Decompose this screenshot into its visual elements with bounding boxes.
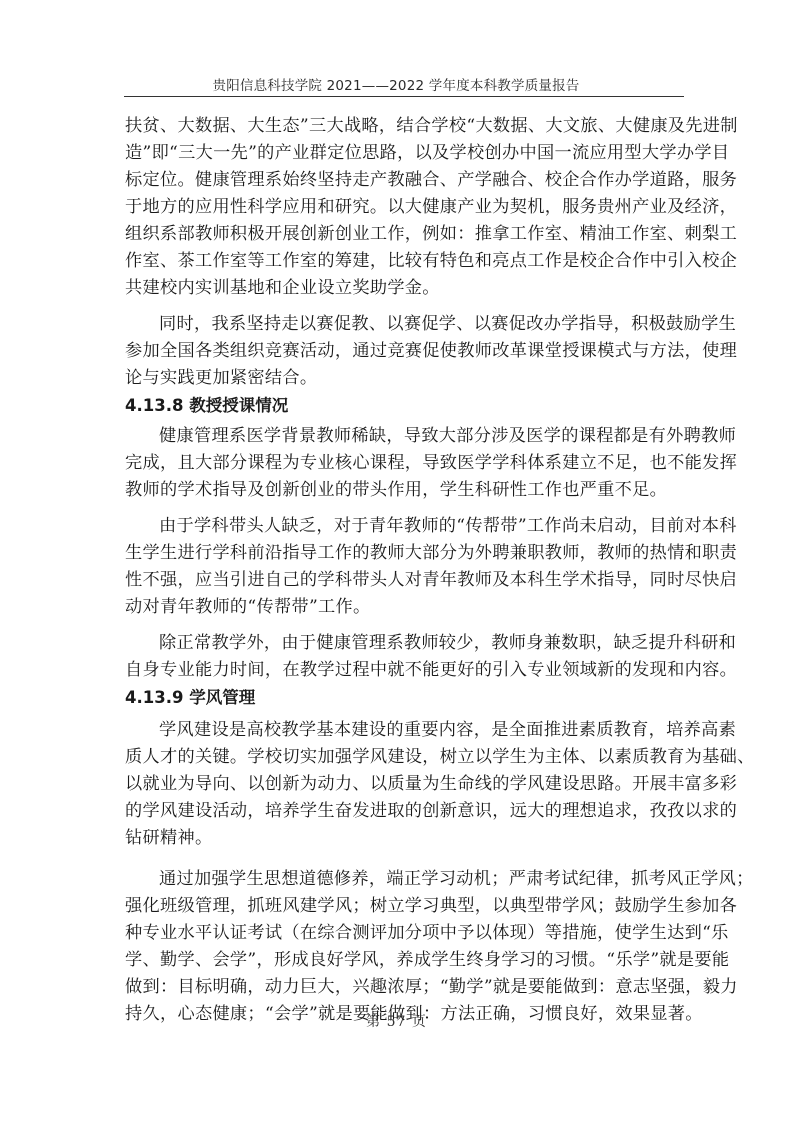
text-line: 同时，我系坚持走以赛促教、以赛促学、以赛促改办学指导，积极鼓励学生 (125, 311, 681, 338)
paragraph: 健康管理系医学背景教师稀缺，导致大部分涉及医学的课程都是有外聘教师 完成，且大部… (125, 423, 681, 504)
page-number: 第 57 页 (0, 1011, 793, 1031)
text-line: 通过加强学生思想道德修养，端正学习动机；严肃考试纪律，抓考风正学风； (125, 866, 681, 893)
text-line: 组织系部教师积极开展创新创业工作，例如：推拿工作室、精油工作室、刺梨工 (125, 221, 681, 248)
text-line: 教师的学术指导及创新创业的带头作用，学生科研性工作也严重不足。 (125, 477, 681, 504)
text-line: 的学风建设活动，培养学生奋发进取的创新意识，远大的理想追求，孜孜以求的 (125, 798, 681, 825)
page-header: 贵阳信息科技学院 2021——2022 学年度本科教学质量报告 (116, 74, 676, 94)
header-divider (124, 96, 684, 97)
section-heading-4-13-9: 4.13.9 学风管理 (125, 684, 681, 711)
section-heading-4-13-8: 4.13.8 教授授课情况 (125, 392, 681, 419)
text-line: 健康管理系医学背景教师稀缺，导致大部分涉及医学的课程都是有外聘教师 (125, 423, 681, 450)
text-line: 于地方的应用性科学应用和研究。以大健康产业为契机，服务贵州产业及经济， (125, 194, 681, 221)
text-line: 除正常教学外，由于健康管理系教师较少，教师身兼数职，缺乏提升科研和 (125, 630, 681, 657)
text-line: 做到：目标明确，动力巨大，兴趣浓厚；“勤学”就是要能做到：意志坚强，毅力 (125, 974, 681, 1001)
text-line: 论与实践更加紧密结合。 (125, 365, 681, 392)
paragraph: 由于学科带头人缺乏，对于青年教师的“传帮带”工作尚未启动，目前对本科 生学生进行… (125, 513, 681, 621)
document-body: 扶贫、大数据、大生态”三大战略，结合学校“大数据、大文旅、大健康及先进制 造”即… (125, 113, 681, 1028)
text-line: 学、勤学、会学”，形成良好学风，养成学生终身学习的习惯。“乐学”就是要能 (125, 947, 681, 974)
text-line: 共建校内实训基地和企业设立奖助学金。 (125, 275, 681, 302)
text-line: 标定位。健康管理系始终坚持走产教融合、产学融合、校企合作办学道路，服务 (125, 167, 681, 194)
paragraph: 学风建设是高校教学基本建设的重要内容，是全面推进素质教育，培养高素 质人才的关键… (125, 717, 681, 852)
paragraph: 通过加强学生思想道德修养，端正学习动机；严肃考试纪律，抓考风正学风； 强化班级管… (125, 866, 681, 1028)
text-line: 自身专业能力时间，在教学过程中就不能更好的引入专业领域新的发现和内容。 (125, 657, 681, 684)
text-line: 钻研精神。 (125, 825, 681, 852)
text-line: 生学生进行学科前沿指导工作的教师大部分为外聘兼职教师，教师的热情和职责 (125, 540, 681, 567)
paragraph: 扶贫、大数据、大生态”三大战略，结合学校“大数据、大文旅、大健康及先进制 造”即… (125, 113, 681, 302)
text-line: 种专业水平认证考试（在综合测评加分项中予以体现）等措施，使学生达到“乐 (125, 920, 681, 947)
text-line: 由于学科带头人缺乏，对于青年教师的“传帮带”工作尚未启动，目前对本科 (125, 513, 681, 540)
text-line: 强化班级管理，抓班风建学风；树立学习典型，以典型带学风；鼓励学生参加各 (125, 893, 681, 920)
text-line: 扶贫、大数据、大生态”三大战略，结合学校“大数据、大文旅、大健康及先进制 (125, 113, 681, 140)
paragraph: 同时，我系坚持走以赛促教、以赛促学、以赛促改办学指导，积极鼓励学生 参加全国各类… (125, 311, 681, 392)
text-line: 作室、茶工作室等工作室的筹建，比较有特色和亮点工作是校企合作中引入校企 (125, 248, 681, 275)
text-line: 参加全国各类组织竞赛活动，通过竞赛促使教师改革课堂授课模式与方法，使理 (125, 338, 681, 365)
text-line: 完成，且大部分课程为专业核心课程，导致医学学科体系建立不足，也不能发挥 (125, 450, 681, 477)
text-line: 动对青年教师的“传帮带”工作。 (125, 594, 681, 621)
text-line: 质人才的关键。学校切实加强学风建设，树立以学生为主体、以素质教育为基础、 (125, 744, 681, 771)
text-line: 造”即“三大一先”的产业群定位思路，以及学校创办中国一流应用型大学办学目 (125, 140, 681, 167)
text-line: 性不强，应当引进自己的学科带头人对青年教师及本科生学术指导，同时尽快启 (125, 567, 681, 594)
text-line: 以就业为导向、以创新为动力、以质量为生命线的学风建设思路。开展丰富多彩 (125, 771, 681, 798)
text-line: 学风建设是高校教学基本建设的重要内容，是全面推进素质教育，培养高素 (125, 717, 681, 744)
paragraph: 除正常教学外，由于健康管理系教师较少，教师身兼数职，缺乏提升科研和 自身专业能力… (125, 630, 681, 684)
